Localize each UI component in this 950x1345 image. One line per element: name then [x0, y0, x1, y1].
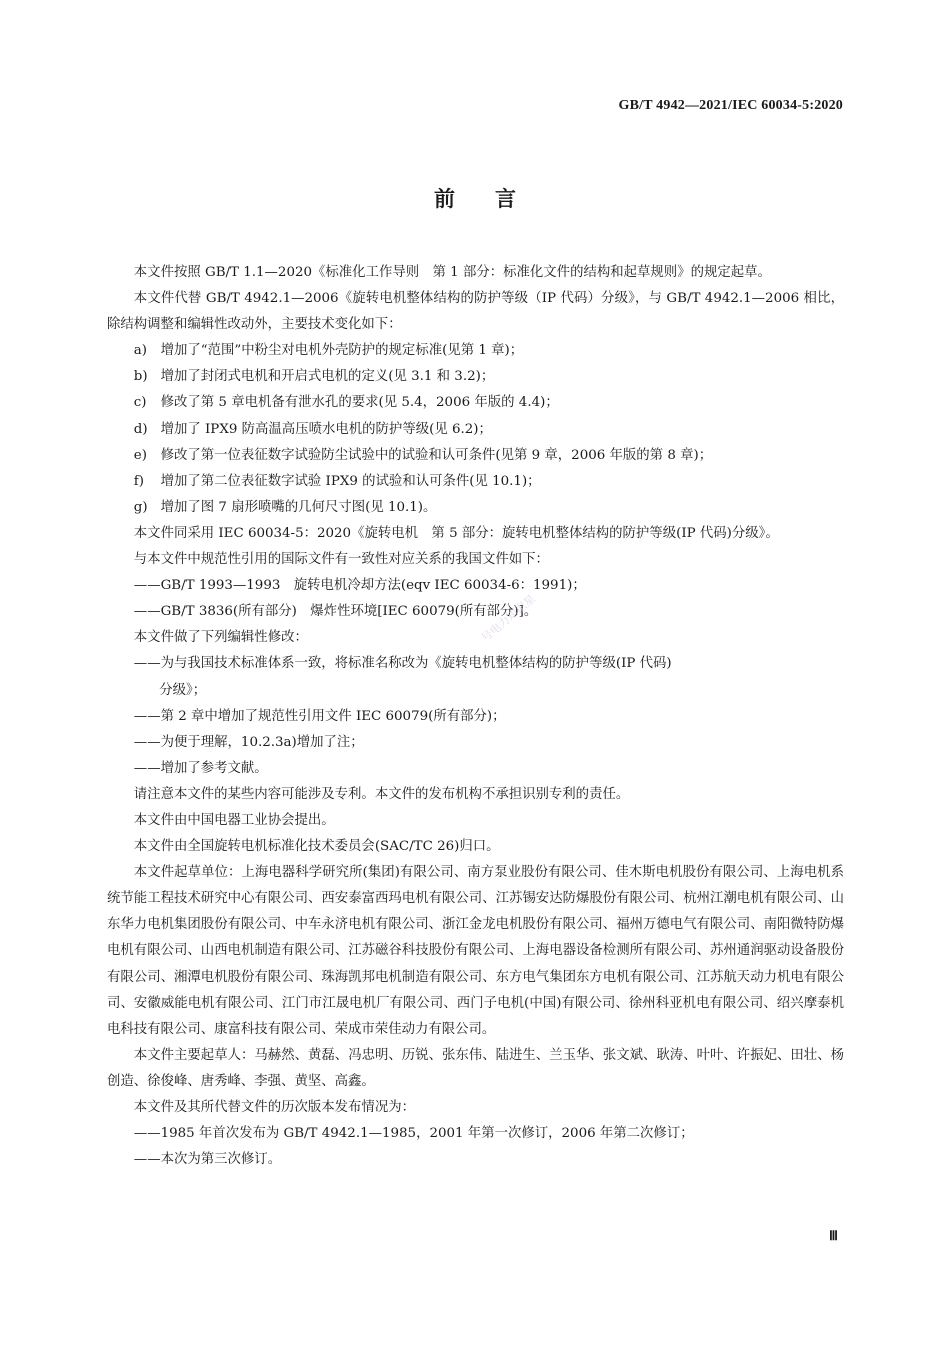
paragraph-patent-notice: 请注意本文件的某些内容可能涉及专利。本文件的发布机构不承担识别专利的责任。: [107, 782, 844, 808]
list-item: d)增加了 IPX9 防高温高压喷水电机的防护等级(见 6.2)；: [107, 417, 844, 443]
list-label: g): [134, 495, 161, 521]
list-item: b)增加了封闭式电机和开启式电机的定义(见 3.1 和 3.2)；: [107, 364, 844, 390]
edit-item-continuation: 分级》；: [107, 678, 844, 704]
paragraph-references-intro: 与本文件中规范性引用的国际文件有一致性对应关系的我国文件如下：: [107, 547, 844, 573]
list-text: 修改了第一位表征数字试验防尘试验中的试验和认可条件(见第 9 章，2006 年版…: [161, 448, 713, 463]
list-text: 增加了图 7 扇形喷嘴的几何尺寸图(见 10.1)。: [161, 500, 437, 515]
list-label: f): [134, 469, 161, 495]
list-item: g)增加了图 7 扇形喷嘴的几何尺寸图(见 10.1)。: [107, 495, 844, 521]
history-item: ——本次为第三次修订。: [107, 1147, 844, 1173]
list-item: e)修改了第一位表征数字试验防尘试验中的试验和认可条件(见第 9 章，2006 …: [107, 443, 844, 469]
list-item: c)修改了第 5 章电机备有泄水孔的要求(见 5.4，2006 年版的 4.4)…: [107, 390, 844, 416]
paragraph-drafters: 本文件主要起草人：马赫然、黄磊、冯忠明、历锐、张东伟、陆进生、兰玉华、张文斌、耿…: [107, 1043, 844, 1095]
paragraph-history-intro: 本文件及其所代替文件的历次版本发布情况为：: [107, 1095, 844, 1121]
foreword-body: 本文件按照 GB/T 1.1—2020《标准化工作导则 第 1 部分：标准化文件…: [107, 260, 844, 1173]
reference-item: ——GB/T 1993—1993 旋转电机冷却方法(eqv IEC 60034-…: [107, 573, 844, 599]
list-text: 修改了第 5 章电机备有泄水孔的要求(见 5.4，2006 年版的 4.4)；: [161, 395, 559, 410]
list-label: e): [134, 443, 161, 469]
list-text: 增加了第二位表征数字试验 IPX9 的试验和认可条件(见 10.1)；: [161, 474, 541, 489]
edit-item: ——为便于理解，10.2.3a)增加了注；: [107, 730, 844, 756]
paragraph-edits-intro: 本文件做了下列编辑性修改：: [107, 625, 844, 651]
page-number: Ⅲ: [829, 1228, 838, 1244]
history-item: ——1985 年首次发布为 GB/T 4942.1—1985，2001 年第一次…: [107, 1121, 844, 1147]
reference-item: ——GB/T 3836(所有部分) 爆炸性环境[IEC 60079(所有部分)]…: [107, 599, 844, 625]
paragraph-drafting-basis: 本文件按照 GB/T 1.1—2020《标准化工作导则 第 1 部分：标准化文件…: [107, 260, 844, 286]
edit-item: ——第 2 章中增加了规范性引用文件 IEC 60079(所有部分)；: [107, 704, 844, 730]
list-text: 增加了 IPX9 防高温高压喷水电机的防护等级(见 6.2)；: [161, 422, 492, 437]
paragraph-proposer: 本文件由中国电器工业协会提出。: [107, 808, 844, 834]
technical-changes-list: a)增加了“范围”中粉尘对电机外壳防护的规定标准(见第 1 章)； b)增加了封…: [107, 338, 844, 521]
paragraph-drafting-units: 本文件起草单位：上海电器科学研究所(集团)有限公司、南方泵业股份有限公司、佳木斯…: [107, 860, 844, 1043]
list-item: a)增加了“范围”中粉尘对电机外壳防护的规定标准(见第 1 章)；: [107, 338, 844, 364]
standard-code-header: GB/T 4942—2021/IEC 60034-5:2020: [618, 98, 843, 114]
paragraph-replacement: 本文件代替 GB/T 4942.1—2006《旋转电机整体结构的防护等级（IP …: [107, 286, 844, 338]
edit-item: ——为与我国技术标准体系一致，将标准名称改为《旋转电机整体结构的防护等级(IP …: [107, 651, 844, 677]
edit-item: ——增加了参考文献。: [107, 756, 844, 782]
list-label: b): [134, 364, 161, 390]
paragraph-committee: 本文件由全国旋转电机标准化技术委员会(SAC/TC 26)归口。: [107, 834, 844, 860]
list-text: 增加了“范围”中粉尘对电机外壳防护的规定标准(见第 1 章)；: [161, 343, 524, 358]
page-title: 前言: [0, 183, 950, 213]
list-label: c): [134, 390, 161, 416]
list-label: d): [134, 417, 161, 443]
list-text: 增加了封闭式电机和开启式电机的定义(见 3.1 和 3.2)；: [161, 369, 495, 384]
list-label: a): [134, 338, 161, 364]
paragraph-adoption: 本文件同采用 IEC 60034-5：2020《旋转电机 第 5 部分：旋转电机…: [107, 521, 844, 547]
list-item: f)增加了第二位表征数字试验 IPX9 的试验和认可条件(见 10.1)；: [107, 469, 844, 495]
